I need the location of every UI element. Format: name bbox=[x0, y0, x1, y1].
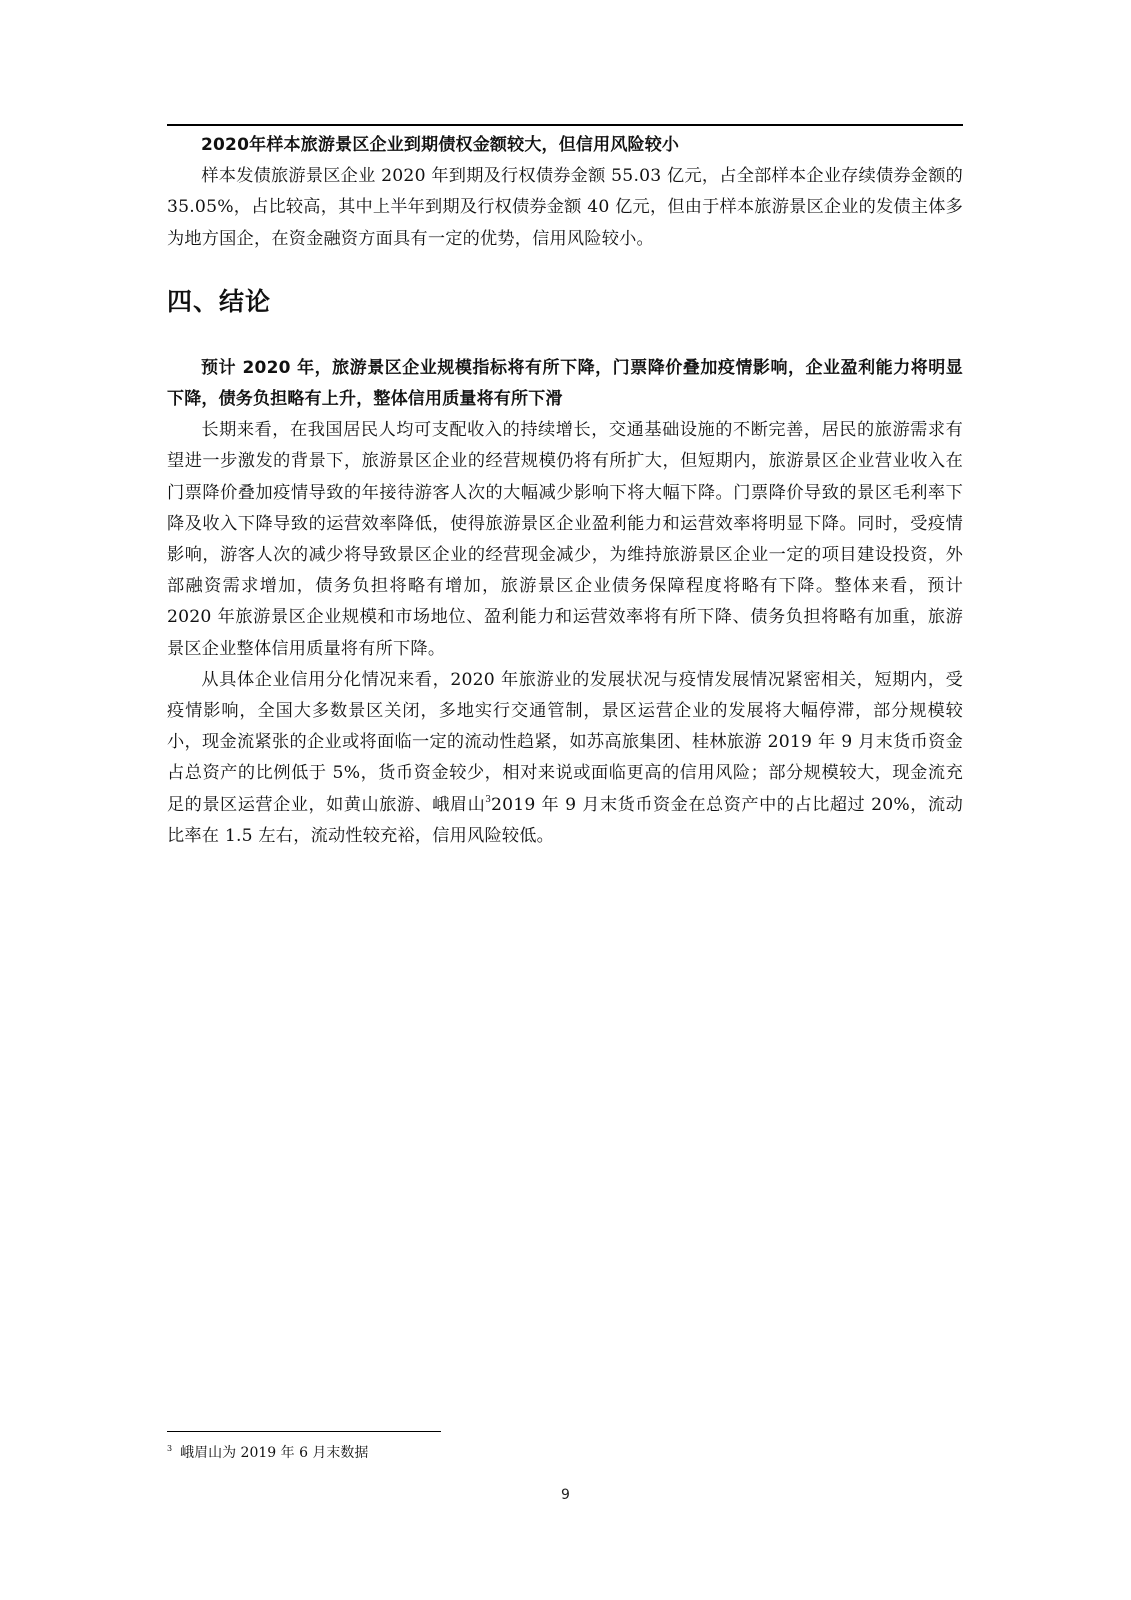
header-rule bbox=[167, 124, 963, 126]
page-number: 9 bbox=[0, 1487, 1131, 1503]
conclusion-paragraph-2: 从具体企业信用分化情况来看，2020 年旅游业的发展状况与疫情发展情况紧密相关，… bbox=[167, 665, 963, 852]
subsection-heading: 2020年样本旅游景区企业到期债权金额较大，但信用风险较小 bbox=[167, 130, 963, 161]
conclusion-lead: 预计 2020 年，旅游景区企业规模指标将有所下降，门票降价叠加疫情影响，企业盈… bbox=[167, 353, 963, 415]
section-title: 四、结论 bbox=[167, 285, 963, 319]
conclusion-paragraph-2-text-a: 从具体企业信用分化情况来看，2020 年旅游业的发展状况与疫情发展情况紧密相关，… bbox=[167, 670, 963, 815]
conclusion-paragraph-1: 长期来看，在我国居民人均可支配收入的持续增长，交通基础设施的不断完善，居民的旅游… bbox=[167, 415, 963, 665]
footnote-text: 峨眉山为 2019 年 6 月末数据 bbox=[180, 1445, 368, 1461]
footnote-separator bbox=[167, 1431, 441, 1432]
footnote: 3峨眉山为 2019 年 6 月末数据 bbox=[167, 1439, 368, 1463]
footnote-mark: 3 bbox=[167, 1444, 172, 1453]
subsection-paragraph: 样本发债旅游景区企业 2020 年到期及行权债券金额 55.03 亿元，占全部样… bbox=[167, 161, 963, 255]
page-content: 2020年样本旅游景区企业到期债权金额较大，但信用风险较小 样本发债旅游景区企业… bbox=[167, 130, 963, 852]
document-page: 2020年样本旅游景区企业到期债权金额较大，但信用风险较小 样本发债旅游景区企业… bbox=[0, 0, 1131, 1600]
